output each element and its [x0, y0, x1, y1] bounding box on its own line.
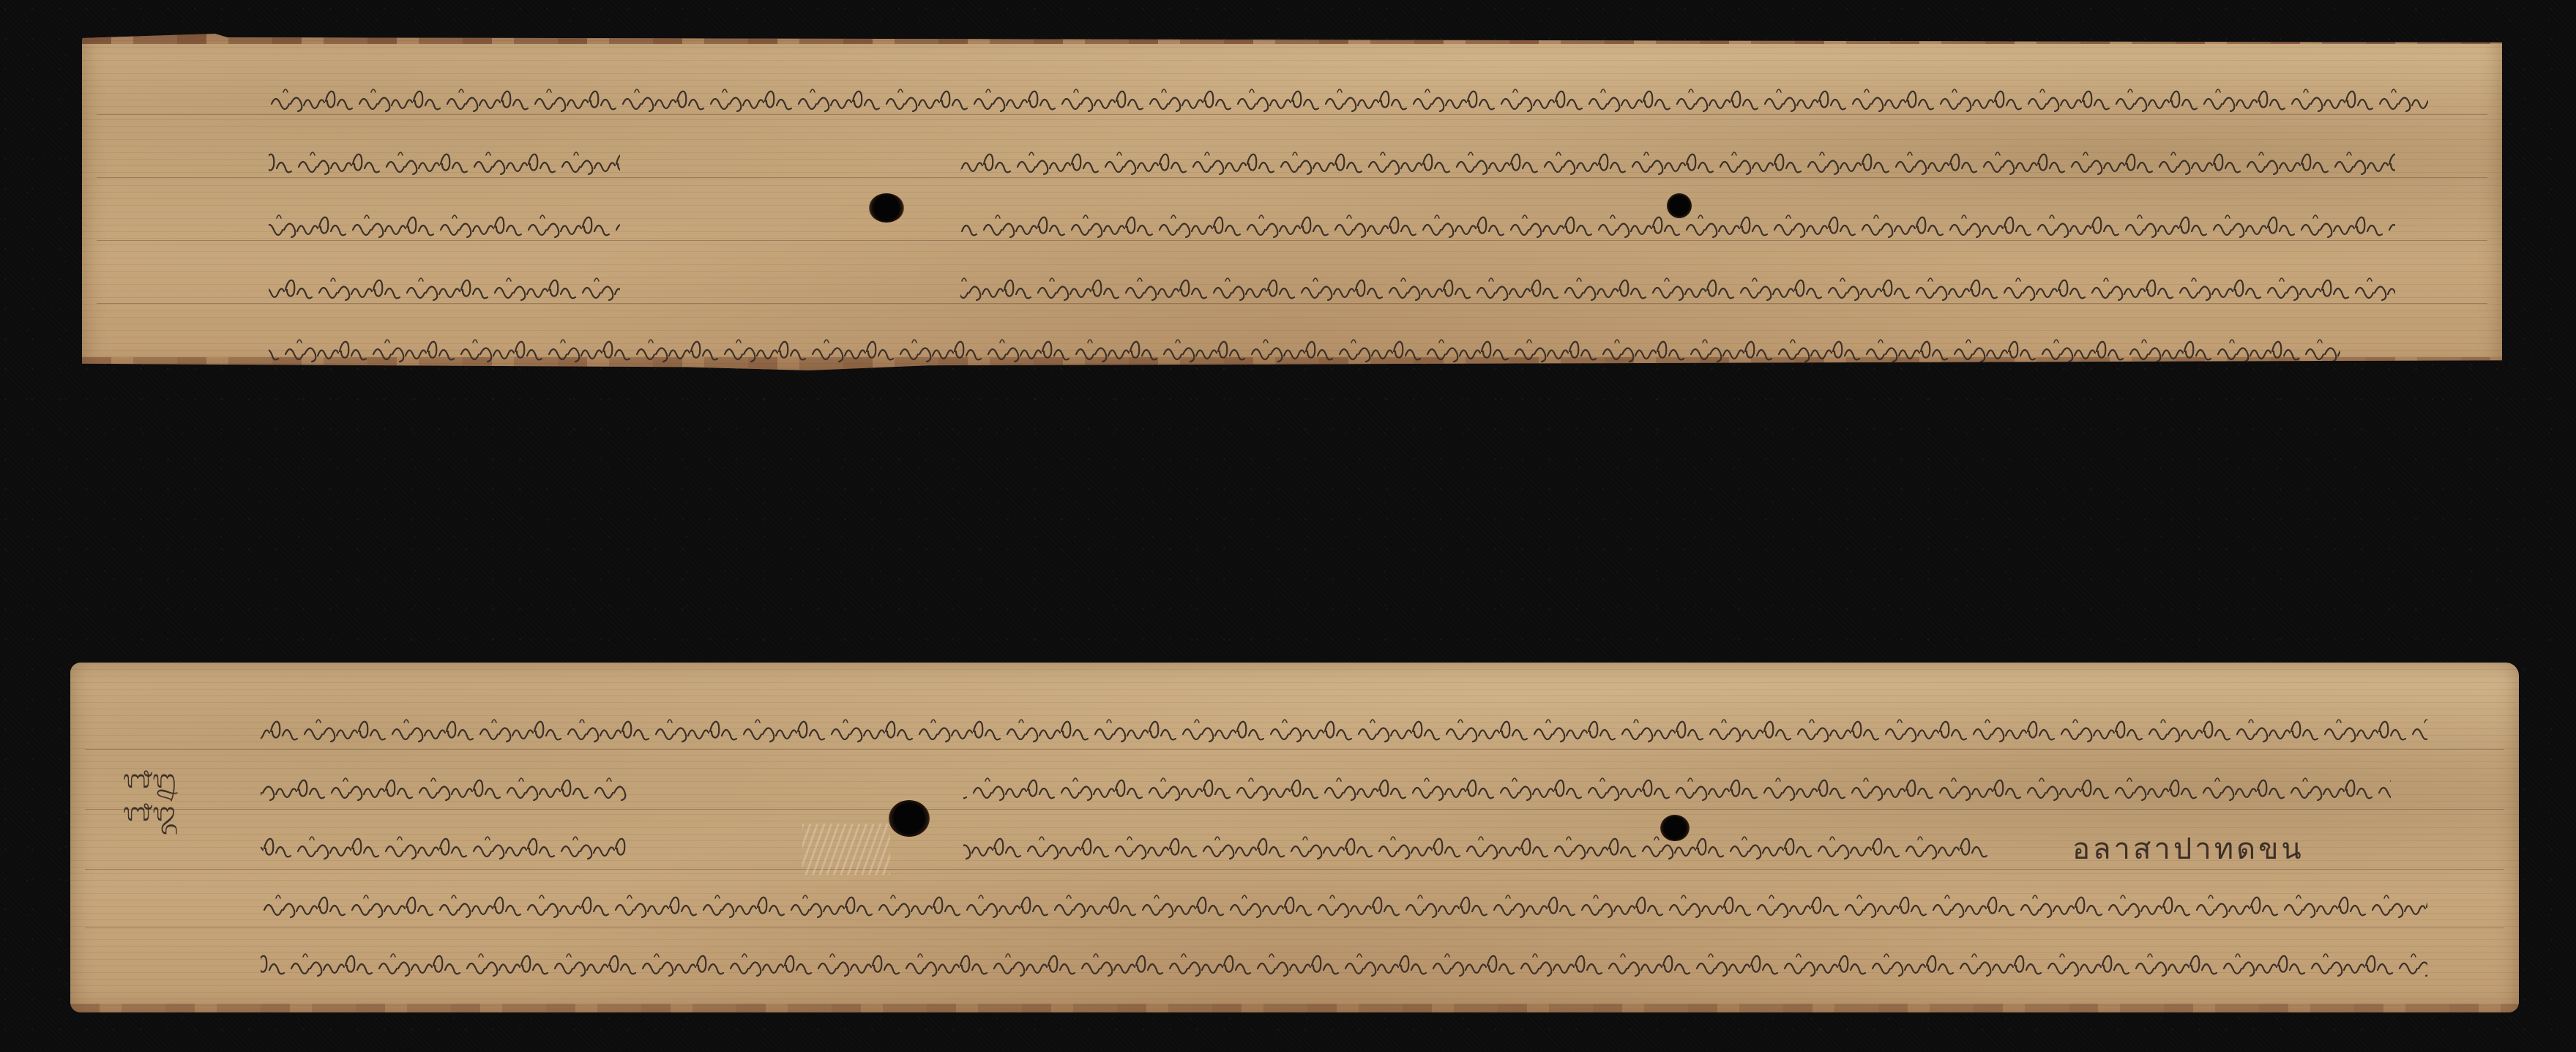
burnt-edge-bottom: [70, 1004, 2519, 1012]
binding-hole-right: [1667, 193, 1692, 218]
frayed-fibers: [802, 824, 890, 875]
balinese-text: ᬧᬾᬦ᭄ᬢᬺᬲᬶᬢᬶ ᬧᬦ᭄ᬢᬵᬳᬦ᭄ ᬧᬾᬦ᭄ᬢᬵᬲᬶ ᬧᬦ᭄ᬢᬵᬳᬦ᭄ ᬦᬦ…: [269, 70, 2428, 122]
balinese-text: ᬓᬾᬲᬵᬓᬵ ᬲᬓᬾᬲᬵᬬᬦ᭄ ᬳᬦ᭄ᬢᬸᬭᬵᬦ᭄ ᬢᬶᬭᬶᬓᬶᬫᬸᬓᬶᬮᬵᬓᬶ…: [963, 759, 2391, 810]
binding-hole-right: [1660, 815, 1690, 841]
binding-hole-left: [869, 193, 904, 223]
palm-leaf-manuscript-top: ᬧᬾᬦ᭄ᬢᬺᬲᬶᬢᬶ ᬧᬦ᭄ᬢᬵᬳᬦ᭄ ᬧᬾᬦ᭄ᬢᬵᬲᬶ ᬧᬦ᭄ᬢᬵᬳᬦ᭄ ᬦᬦ…: [82, 34, 2502, 370]
balinese-text: ᬢᬧᬦ᭄ᬢᬵᬳᬦ᭄ ᬉᬧᬾᬢᬶᬓᬶ ᬲᬵᬦᬦ᭄ ᬲᬢᬶᬧᬵ ᬳᬦ᭄ ᬬᬵᬦᬶᬢ᭄…: [269, 133, 620, 184]
balinese-text: ᬓᬾᬬᬸ ᬤᬶᬓᬵᬤᬾᬬᬸ ᬧᬦ᭄ᬢᬶᬢᬶᬓᬾᬬᬸ ᬤᬓᬾᬫᬸᬓᬵ ᬧᬦ᭄ᬢᬵᬓ…: [261, 935, 2427, 986]
palm-leaf-manuscript-bottom: ᭑᭒ ᭑᭓ ᬓᬾᬦ᭄ᬢᬵᬭᬶᬧᬶᬲᬵ ᬓᬵᬭᬶᬧᬶᬓᬾᬓᬵᬲᬵ ᬫᬸᬬᬸᬓᬬᬵᬓ…: [70, 663, 2519, 1012]
balinese-text: ᬓᬾᬦ᭄ᬢᬵᬭᬶᬧᬶᬲᬵ ᬓᬵᬭᬶᬧᬶᬓᬾᬓᬵᬲᬵ ᬫᬸᬬᬸᬓᬬᬵᬓᬾᬓᬵ ᬲᬸ…: [261, 701, 2427, 752]
script-line-4: ᬓᬾᬦ᭄ᬢᬸᬲᬦ᭄ᬢ ᬲᬫᬸᬦ᭄ᬢᬭ ᬬᬬᬲᬦ᭄ᬢ ᬤᬶᬓᬾᬬᬵᬤ ᬲᬦ᭄ᬢ ᬫ…: [261, 876, 2427, 928]
balinese-text: ᬳᬵᬫᬓᬲᬵ ᬓᬬᬵ ᬭᬶᬓᬶ ᬧᬦ᭄ᬢᬵᬳᬦ᭄ᬤ ᬫᬸ ᬒ ᬤᬶᬓᬶ ᬬᬵᬧᬵ…: [960, 259, 2395, 310]
balinese-text: ᬭᬶᬓᬶ ᬧᬦ᭄ᬢᬵᬳᬦ᭄ ᬳᬾᬲᬵᬲᬸᬮᬾᬬᬓᬬᬵ ᬭᬶᬓᬶ ᬧᬦ᭄ᬢᬵᬳᬦ᭄…: [269, 196, 620, 247]
balinese-text: ᬓᬾᬦ᭄ᬢᬸᬲᬦ᭄ᬢ ᬲᬫᬸᬦ᭄ᬢᬭ ᬬᬬᬲᬦ᭄ᬢ ᬤᬶᬓᬾᬬᬵᬤ ᬲᬦ᭄ᬢ ᬫ…: [261, 876, 2427, 928]
page-number-mark-1: ᭑᭒: [123, 765, 176, 794]
foreign-script-inscription: อลาสาปาทดขน: [2072, 825, 2304, 872]
burnt-edge-top: [82, 34, 2502, 44]
script-line-5: ᬓᬾᬬᬸ ᬤᬶᬓᬵᬤᬾᬬᬸ ᬧᬦ᭄ᬢᬶᬢᬶᬓᬾᬬᬸ ᬤᬓᬾᬫᬸᬓᬵ ᬧᬦ᭄ᬢᬵᬓ…: [261, 935, 2427, 986]
balinese-text: ᬓᬾᬲᬵᬓᬵ ᬲᬓᬾᬲᬵᬬᬦ᭄ ᬳᬦ᭄ᬢᬸᬭᬵᬦ᭄ ᬢᬶᬭᬶᬓᬶᬫᬸᬓᬶᬮᬵᬓᬶ…: [261, 759, 627, 810]
script-line-4b: ᬳᬵᬫᬓᬲᬵ ᬓᬬᬵ ᬭᬶᬓᬶ ᬧᬦ᭄ᬢᬵᬳᬦ᭄ᬤ ᬫᬸ ᬒ ᬤᬶᬓᬶ ᬬᬵᬧᬵ…: [960, 259, 2395, 310]
balinese-text: ᬳᬵᬦᬦ᭄ᬓᬵᬓᬾᬓᬦ᭄ ᬲᬭᬬᬵᬲᬶᬢᬸᬓᬶᬦᬬ ᬢᬸᬓ᭄ ᬲᬭᬬᬵᬲᬶᬓᬶᬓ…: [261, 818, 627, 869]
script-line-2b: ᬢᬧᬦ᭄ᬢᬵᬳᬦ᭄ ᬉᬧᬾᬢᬶᬓᬶ ᬲᬵᬦᬦ᭄ ᬲᬢᬶᬧᬵ ᬳᬦ᭄ ᬬᬵᬦᬶᬢ᭄…: [960, 133, 2395, 184]
page-number-mark-2: ᭑᭓: [123, 798, 177, 827]
binding-hole-left-torn: [889, 800, 930, 837]
ruling-line: [85, 928, 2504, 928]
script-line-3a: ᬳᬵᬦᬦ᭄ᬓᬵᬓᬾᬓᬦ᭄ ᬲᬭᬬᬵᬲᬶᬢᬸᬓᬶᬦᬬ ᬢᬸᬓ᭄ ᬲᬭᬬᬵᬲᬶᬓᬶᬓ…: [261, 818, 627, 869]
balinese-text: ᬢᬧᬦ᭄ᬢᬵᬳᬦ᭄ ᬉᬧᬾᬢᬶᬓᬶ ᬲᬵᬦᬦ᭄ ᬲᬢᬶᬧᬵ ᬳᬦ᭄ ᬬᬵᬦᬶᬢ᭄…: [960, 133, 2395, 184]
balinese-text: ᬳᬵᬫᬓᬲᬵ ᬓᬬᬵ ᬭᬶᬓᬶ ᬧᬦ᭄ᬢᬵᬳᬦ᭄ᬤ ᬫᬸ ᬒ ᬤᬶᬓᬶ ᬬᬵᬧᬵ…: [269, 259, 620, 310]
script-line-2b: ᬓᬾᬲᬵᬓᬵ ᬲᬓᬾᬲᬵᬬᬦ᭄ ᬳᬦ᭄ᬢᬸᬭᬵᬦ᭄ ᬢᬶᬭᬶᬓᬶᬫᬸᬓᬶᬮᬵᬓᬶ…: [963, 759, 2391, 810]
balinese-text: ᬕᬬᬶᬬᬾ ᬧᬦ᭄ᬢᬵᬳᬦ᭄ ᬫᬕᬵᬭᬶᬦ᭄ᬢᬵ ᬲᬫᬧᬾᬢᬶ ᬧᬦ᭄ᬢᬵᬳᬦ᭄…: [269, 321, 2340, 370]
script-line-3a: ᬭᬶᬓᬶ ᬧᬦ᭄ᬢᬵᬳᬦ᭄ ᬳᬾᬲᬵᬲᬸᬮᬾᬬᬓᬬᬵ ᬭᬶᬓᬶ ᬧᬦ᭄ᬢᬵᬳᬦ᭄…: [269, 196, 620, 247]
script-line-1: ᬧᬾᬦ᭄ᬢᬺᬲᬶᬢᬶ ᬧᬦ᭄ᬢᬵᬳᬦ᭄ ᬧᬾᬦ᭄ᬢᬵᬲᬶ ᬧᬦ᭄ᬢᬵᬳᬦ᭄ ᬦᬦ…: [269, 70, 2428, 122]
script-line-2a: ᬓᬾᬲᬵᬓᬵ ᬲᬓᬾᬲᬵᬬᬦ᭄ ᬳᬦ᭄ᬢᬸᬭᬵᬦ᭄ ᬢᬶᬭᬶᬓᬶᬫᬸᬓᬶᬮᬵᬓᬶ…: [261, 759, 627, 810]
script-line-1: ᬓᬾᬦ᭄ᬢᬵᬭᬶᬧᬶᬲᬵ ᬓᬵᬭᬶᬧᬶᬓᬾᬓᬵᬲᬵ ᬫᬸᬬᬸᬓᬬᬵᬓᬾᬓᬵ ᬲᬸ…: [261, 701, 2427, 752]
script-line-3b: ᬳᬵᬦᬦ᭄ᬓᬵᬓᬾᬓᬦ᭄ ᬲᬭᬬᬵᬲᬶᬢᬸᬓᬶᬦᬬ ᬢᬸᬓ᭄ ᬲᬭᬬᬵᬲᬶᬓᬶᬓ…: [963, 818, 1988, 869]
balinese-text: ᬳᬵᬦᬦ᭄ᬓᬵᬓᬾᬓᬦ᭄ ᬲᬭᬬᬵᬲᬶᬢᬸᬓᬶᬦᬬ ᬢᬸᬓ᭄ ᬲᬭᬬᬵᬲᬶᬓᬶᬓ…: [963, 818, 1988, 869]
script-line-5: ᬕᬬᬶᬬᬾ ᬧᬦ᭄ᬢᬵᬳᬦ᭄ ᬫᬕᬵᬭᬶᬦ᭄ᬢᬵ ᬲᬫᬧᬾᬢᬶ ᬧᬦ᭄ᬢᬵᬳᬦ᭄…: [269, 321, 2340, 370]
script-line-2a: ᬢᬧᬦ᭄ᬢᬵᬳᬦ᭄ ᬉᬧᬾᬢᬶᬓᬶ ᬲᬵᬦᬦ᭄ ᬲᬢᬶᬧᬵ ᬳᬦ᭄ ᬬᬵᬦᬶᬢ᭄…: [269, 133, 620, 184]
script-line-4a: ᬳᬵᬫᬓᬲᬵ ᬓᬬᬵ ᬭᬶᬓᬶ ᬧᬦ᭄ᬢᬵᬳᬦ᭄ᬤ ᬫᬸ ᬒ ᬤᬶᬓᬶ ᬬᬵᬧᬵ…: [269, 259, 620, 310]
